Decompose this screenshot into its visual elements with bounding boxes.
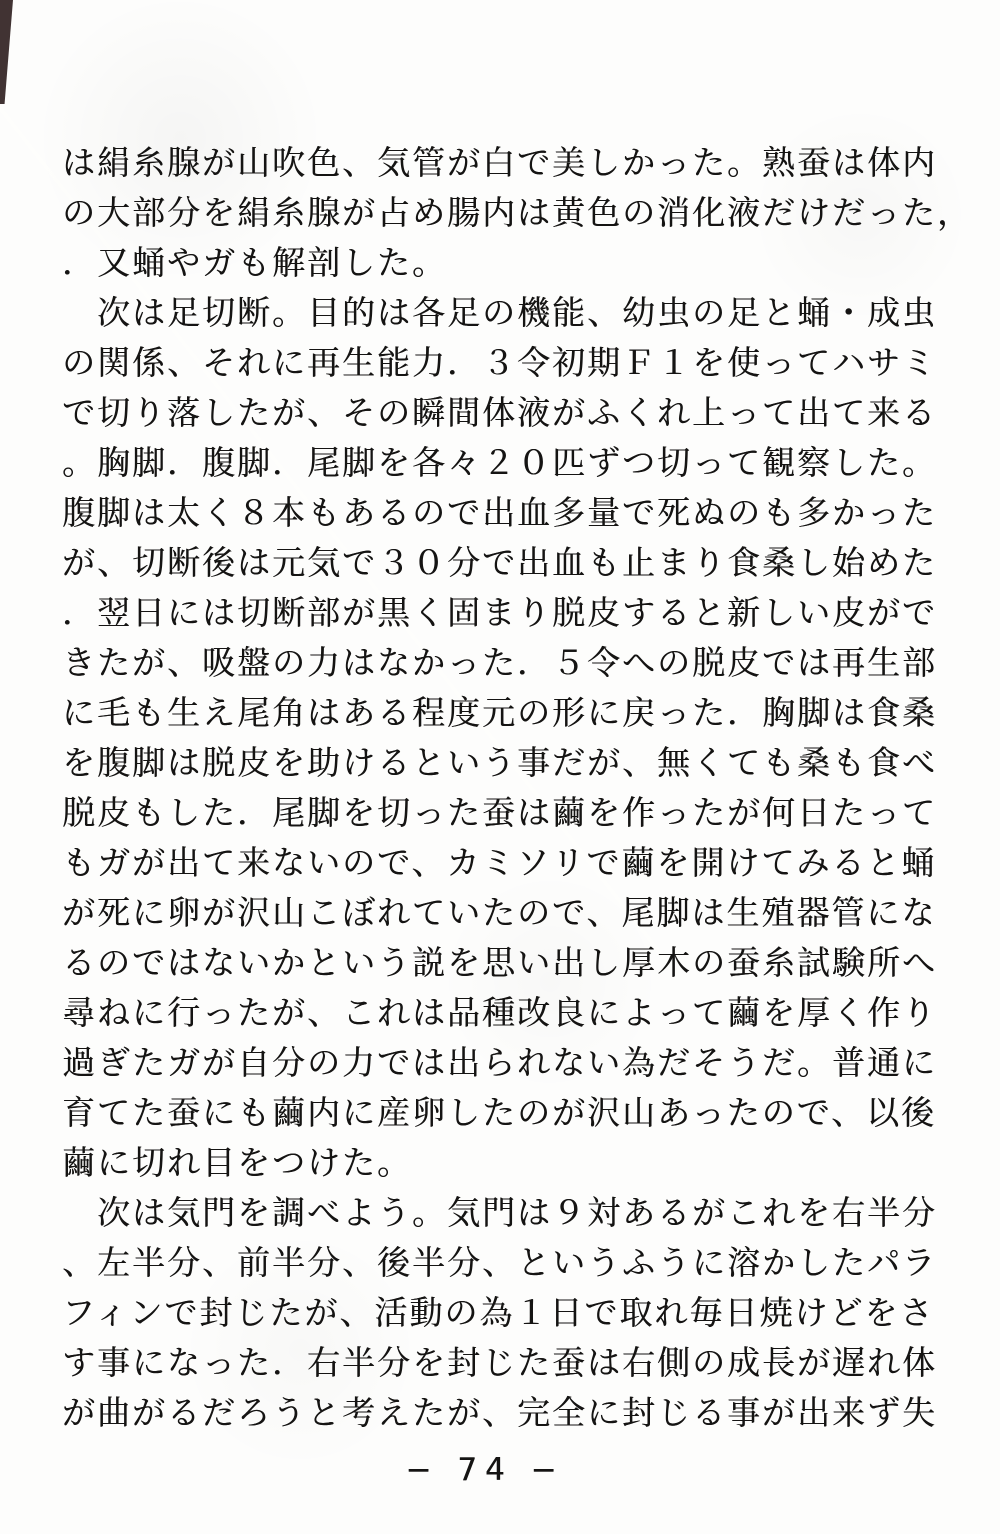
- text-line: が死に卵が沢山こぼれていたので、尾脚は生殖器管にな: [62, 888, 952, 938]
- text-line: 育てた蚕にも繭内に産卵したのが沢山あったので、以後: [62, 1088, 952, 1138]
- text-line: ．又蛹やガも解剖した。: [62, 238, 952, 288]
- page-number: − 74 −: [0, 1452, 970, 1488]
- text-line: す事になった．右半分を封じた蚕は右側の成長が遅れ体: [62, 1338, 952, 1388]
- scanned-document-page: は絹糸腺が山吹色、気管が白で美しかった。熟蚕は体内 の大部分を絹糸腺が占め腸内は…: [0, 0, 1000, 1534]
- text-line: が曲がるだろうと考えたが、完全に封じる事が出来ず失: [62, 1388, 952, 1438]
- text-line: 次は気門を調べよう。気門は９対あるがこれを右半分: [62, 1188, 952, 1238]
- text-line: 、左半分、前半分、後半分、というふうに溶かしたパラ: [62, 1238, 952, 1288]
- text-line: 。胸脚．腹脚．尾脚を各々２０匹ずつ切って観察した。: [62, 438, 952, 488]
- body-text: は絹糸腺が山吹色、気管が白で美しかった。熟蚕は体内 の大部分を絹糸腺が占め腸内は…: [62, 138, 952, 1438]
- text-line: 過ぎたガが自分の力では出られない為だそうだ。普通に: [62, 1038, 952, 1088]
- text-line: きたが、吸盤の力はなかった．５令への脱皮では再生部: [62, 638, 952, 688]
- text-line: 腹脚は太く８本もあるので出血多量で死ぬのも多かった: [62, 488, 952, 538]
- text-line: 尋ねに行ったが、これは品種改良によって繭を厚く作り: [62, 988, 952, 1038]
- text-line: を腹脚は脱皮を助けるという事だが、無くても桑も食べ: [62, 738, 952, 788]
- text-line: に毛も生え尾角はある程度元の形に戻った．胸脚は食桑: [62, 688, 952, 738]
- text-line: の大部分を絹糸腺が占め腸内は黄色の消化液だけだった，: [62, 188, 952, 238]
- text-line: ．翌日には切断部が黒く固まり脱皮すると新しい皮がで: [62, 588, 952, 638]
- text-line: フィンで封じたが、活動の為１日で取れ毎日焼けどをさ: [62, 1288, 952, 1338]
- text-line: 脱皮もした．尾脚を切った蚕は繭を作ったが何日たって: [62, 788, 952, 838]
- text-line: もガが出て来ないので、カミソリで繭を開けてみると蛹: [62, 838, 952, 888]
- text-line: 次は足切断。目的は各足の機能、幼虫の足と蛹・成虫: [62, 288, 952, 338]
- text-line: の関係、それに再生能力．３令初期Ｆ１を使ってハサミ: [62, 338, 952, 388]
- scan-corner-artifact: [0, 0, 13, 104]
- text-line: 繭に切れ目をつけた。: [62, 1138, 952, 1188]
- text-line: が、切断後は元気で３０分で出血も止まり食桑し始めた: [62, 538, 952, 588]
- text-line: るのではないかという説を思い出し厚木の蚕糸試験所へ: [62, 938, 952, 988]
- text-line: は絹糸腺が山吹色、気管が白で美しかった。熟蚕は体内: [62, 138, 952, 188]
- text-line: で切り落したが、その瞬間体液がふくれ上って出て来る: [62, 388, 952, 438]
